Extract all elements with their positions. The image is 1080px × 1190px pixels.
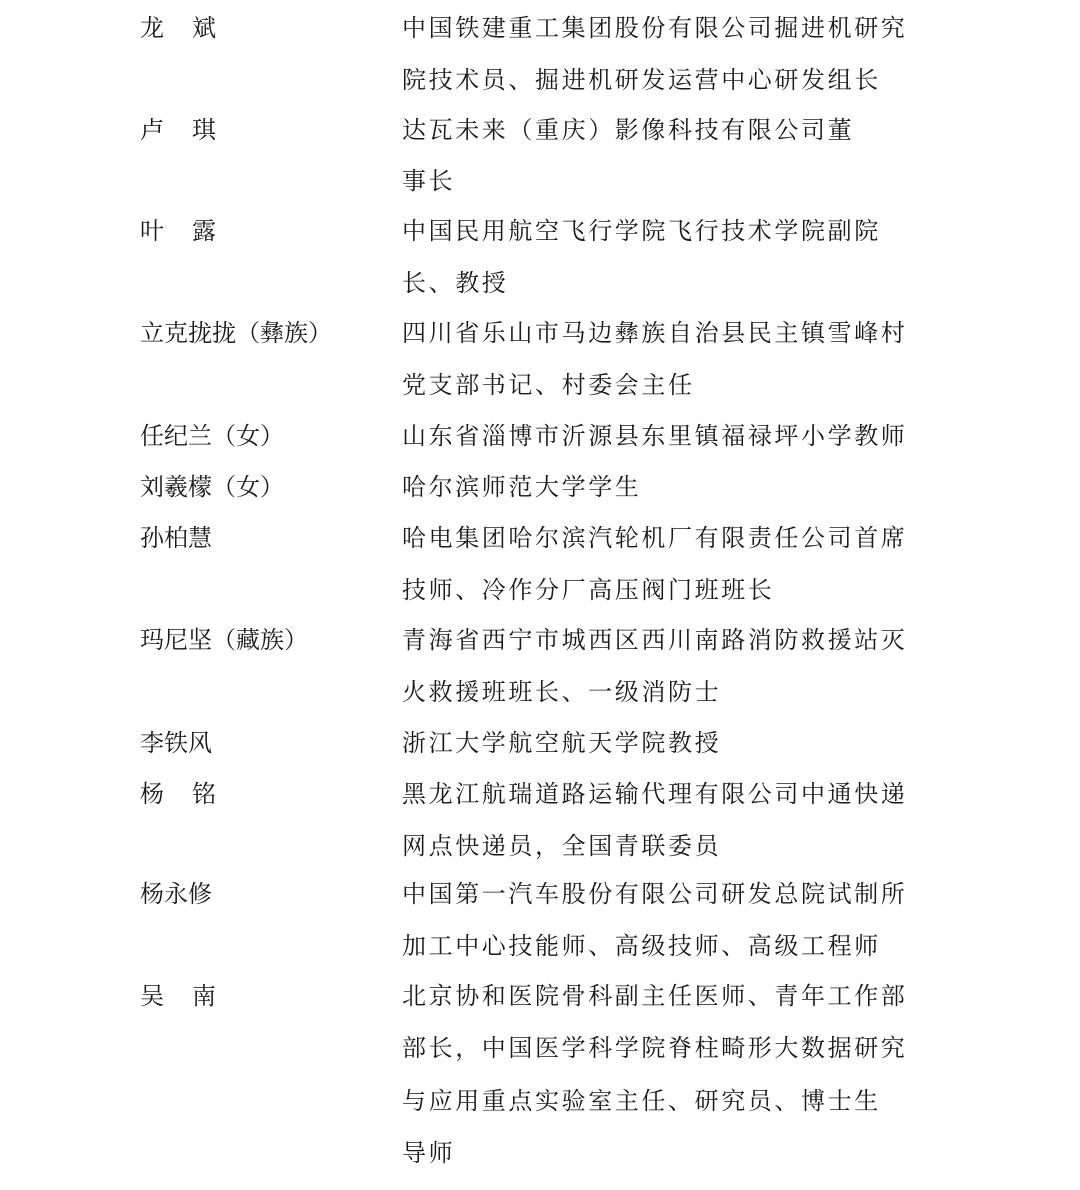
entry-name: 叶 露 [140, 211, 390, 251]
entry-description-line: 达瓦未来（重庆）影像科技有限公司董 [402, 110, 962, 150]
entry-name: 立克拢拢（彝族） [140, 313, 390, 353]
entry-description-line: 与应用重点实验室主任、研究员、博士生 [402, 1081, 962, 1121]
entry-description-line: 部长，中国医学科学院脊柱畸形大数据研究 [402, 1028, 962, 1068]
entry-description-line: 山东省淄博市沂源县东里镇福禄坪小学教师 [402, 416, 962, 456]
entry-description-line: 中国民用航空飞行学院飞行技术学院副院 [402, 211, 962, 251]
entry-description-line: 事长 [402, 161, 962, 201]
entry-name: 刘羲檬（女） [140, 467, 390, 507]
entry-description-line: 哈电集团哈尔滨汽轮机厂有限责任公司首席 [402, 518, 962, 558]
entry-description-line: 院技术员、掘进机研发运营中心研发组长 [402, 60, 962, 100]
entry-name: 杨 铭 [140, 774, 390, 814]
entry-description-line: 网点快递员，全国青联委员 [402, 826, 962, 866]
entry-name: 任纪兰（女） [140, 416, 390, 456]
entry-name: 吴 南 [140, 976, 390, 1016]
entry-description-line: 青海省西宁市城西区西川南路消防救援站灭 [402, 620, 962, 660]
entry-description-line: 黑龙江航瑞道路运输代理有限公司中通快递 [402, 774, 962, 814]
entry-name: 卢 琪 [140, 110, 390, 150]
document-page: 龙 斌 中国铁建重工集团股份有限公司掘进机研究 院技术员、掘进机研发运营中心研发… [0, 0, 1080, 1190]
entry-description-line: 中国第一汽车股份有限公司研发总院试制所 [402, 874, 962, 914]
entry-description-line: 哈尔滨师范大学学生 [402, 467, 962, 507]
entry-description-line: 北京协和医院骨科副主任医师、青年工作部 [402, 976, 962, 1016]
entry-name: 玛尼坚（藏族） [140, 620, 390, 660]
entry-description-line: 长、教授 [402, 263, 962, 303]
entry-name: 孙柏慧 [140, 518, 390, 558]
entry-description-line: 党支部书记、村委会主任 [402, 365, 962, 405]
entry-description-line: 火救援班班长、一级消防士 [402, 672, 962, 712]
entry-name: 李铁风 [140, 723, 390, 763]
entry-name: 杨永修 [140, 874, 390, 914]
entry-description-line: 浙江大学航空航天学院教授 [402, 723, 962, 763]
entry-description-line: 导师 [402, 1133, 962, 1173]
entry-description-line: 技师、冷作分厂高压阀门班班长 [402, 570, 962, 610]
entry-description-line: 中国铁建重工集团股份有限公司掘进机研究 [402, 8, 962, 48]
entry-name: 龙 斌 [140, 8, 390, 48]
entry-description-line: 四川省乐山市马边彝族自治县民主镇雪峰村 [402, 313, 962, 353]
entry-description-line: 加工中心技能师、高级技师、高级工程师 [402, 926, 962, 966]
